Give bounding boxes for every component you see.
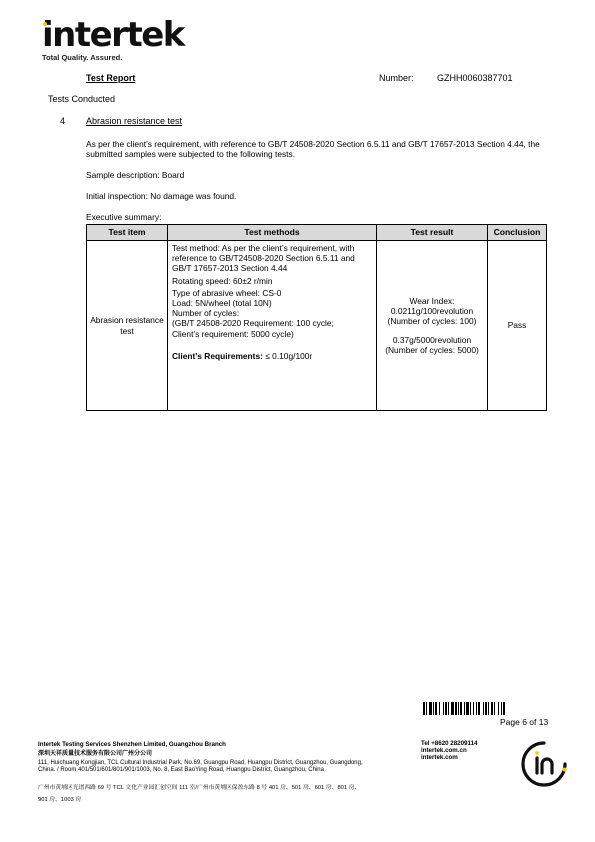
intertek-logo: intertek bbox=[42, 18, 184, 52]
footer-web: intertek.com bbox=[421, 754, 477, 761]
section-heading: Tests Conducted bbox=[48, 94, 115, 104]
report-number: GZHH0060387701 bbox=[437, 73, 513, 83]
method-line: Load: 5N/wheel (total 10N) bbox=[172, 298, 372, 308]
logo-dot-icon bbox=[43, 22, 47, 26]
header-conclusion: Conclusion bbox=[488, 225, 547, 241]
report-title: Test Report bbox=[86, 73, 135, 83]
page-number: Page 6 of 13 bbox=[500, 717, 548, 727]
sample-description: Sample description: Board bbox=[86, 170, 546, 180]
cell-test-methods: Test method: As per the client’s require… bbox=[168, 241, 377, 411]
footer-web-cn: intertek.com.cn bbox=[421, 747, 477, 754]
executive-summary-table: Test item Test methods Test result Concl… bbox=[86, 224, 547, 411]
result-100-cycles: Wear Index: 0.0211g/100revolution (Numbe… bbox=[377, 296, 487, 327]
tagline: Total Quality. Assured. bbox=[42, 53, 122, 62]
cell-test-item: Abrasion resistance test bbox=[87, 241, 168, 411]
footer-contact: Tel +8620 28209114 intertek.com.cn inter… bbox=[421, 740, 477, 761]
method-line: Client’s requirement: 5000 cycle) bbox=[172, 329, 372, 339]
header-test-item: Test item bbox=[87, 225, 168, 241]
method-line: Rotating speed: 60±2 r/min bbox=[172, 276, 372, 286]
method-line: (GB/T 24508-2020 Requirement: 100 cycle; bbox=[172, 318, 372, 328]
method-line: Test method: As per the client’s require… bbox=[172, 243, 372, 274]
section-title: Abrasion resistance test bbox=[86, 116, 182, 126]
header-test-result: Test result bbox=[377, 225, 488, 241]
footer-address-cn: 广州市黄埔区光谱西路 69 号 TCL 文化产业园汇创空间 111 室/广州市黄… bbox=[38, 782, 368, 806]
footer-company-cn: 深圳天祥质量技术服务有限公司广州分公司 bbox=[38, 750, 152, 758]
logo-text: intertek bbox=[42, 15, 184, 55]
method-line: Type of abrasive wheel: CS-0 bbox=[172, 288, 372, 298]
footer-company: Intertek Testing Services Shenzhen Limit… bbox=[38, 741, 226, 749]
intertek-in-badge-icon bbox=[520, 740, 568, 788]
section-number: 4 bbox=[60, 116, 65, 126]
initial-inspection: Initial inspection: No damage was found. bbox=[86, 191, 546, 201]
cell-conclusion: Pass bbox=[488, 241, 547, 411]
client-requirement-label: Client’s Requirements: bbox=[172, 351, 263, 361]
footer-address: 111, Huichuang Kongjian, TCL Cultural In… bbox=[38, 760, 368, 773]
table-row: Abrasion resistance test Test method: As… bbox=[87, 241, 547, 411]
summary-label: Executive summary: bbox=[86, 212, 546, 222]
client-requirement-value: ≤ 0.10g/100r bbox=[263, 351, 312, 361]
intro-paragraph: As per the client’s requirement, with re… bbox=[86, 139, 546, 159]
cell-test-result: Wear Index: 0.0211g/100revolution (Numbe… bbox=[377, 241, 488, 411]
result-5000-cycles: 0.37g/5000revolution (Number of cycles: … bbox=[377, 335, 487, 355]
method-line: Number of cycles: bbox=[172, 308, 372, 318]
header-test-methods: Test methods bbox=[168, 225, 377, 241]
client-requirement: Client’s Requirements: ≤ 0.10g/100r bbox=[172, 351, 372, 361]
table-header-row: Test item Test methods Test result Concl… bbox=[87, 225, 547, 241]
barcode bbox=[423, 702, 559, 715]
footer-tel: Tel +8620 28209114 bbox=[421, 740, 477, 747]
report-number-label: Number: bbox=[379, 73, 414, 83]
